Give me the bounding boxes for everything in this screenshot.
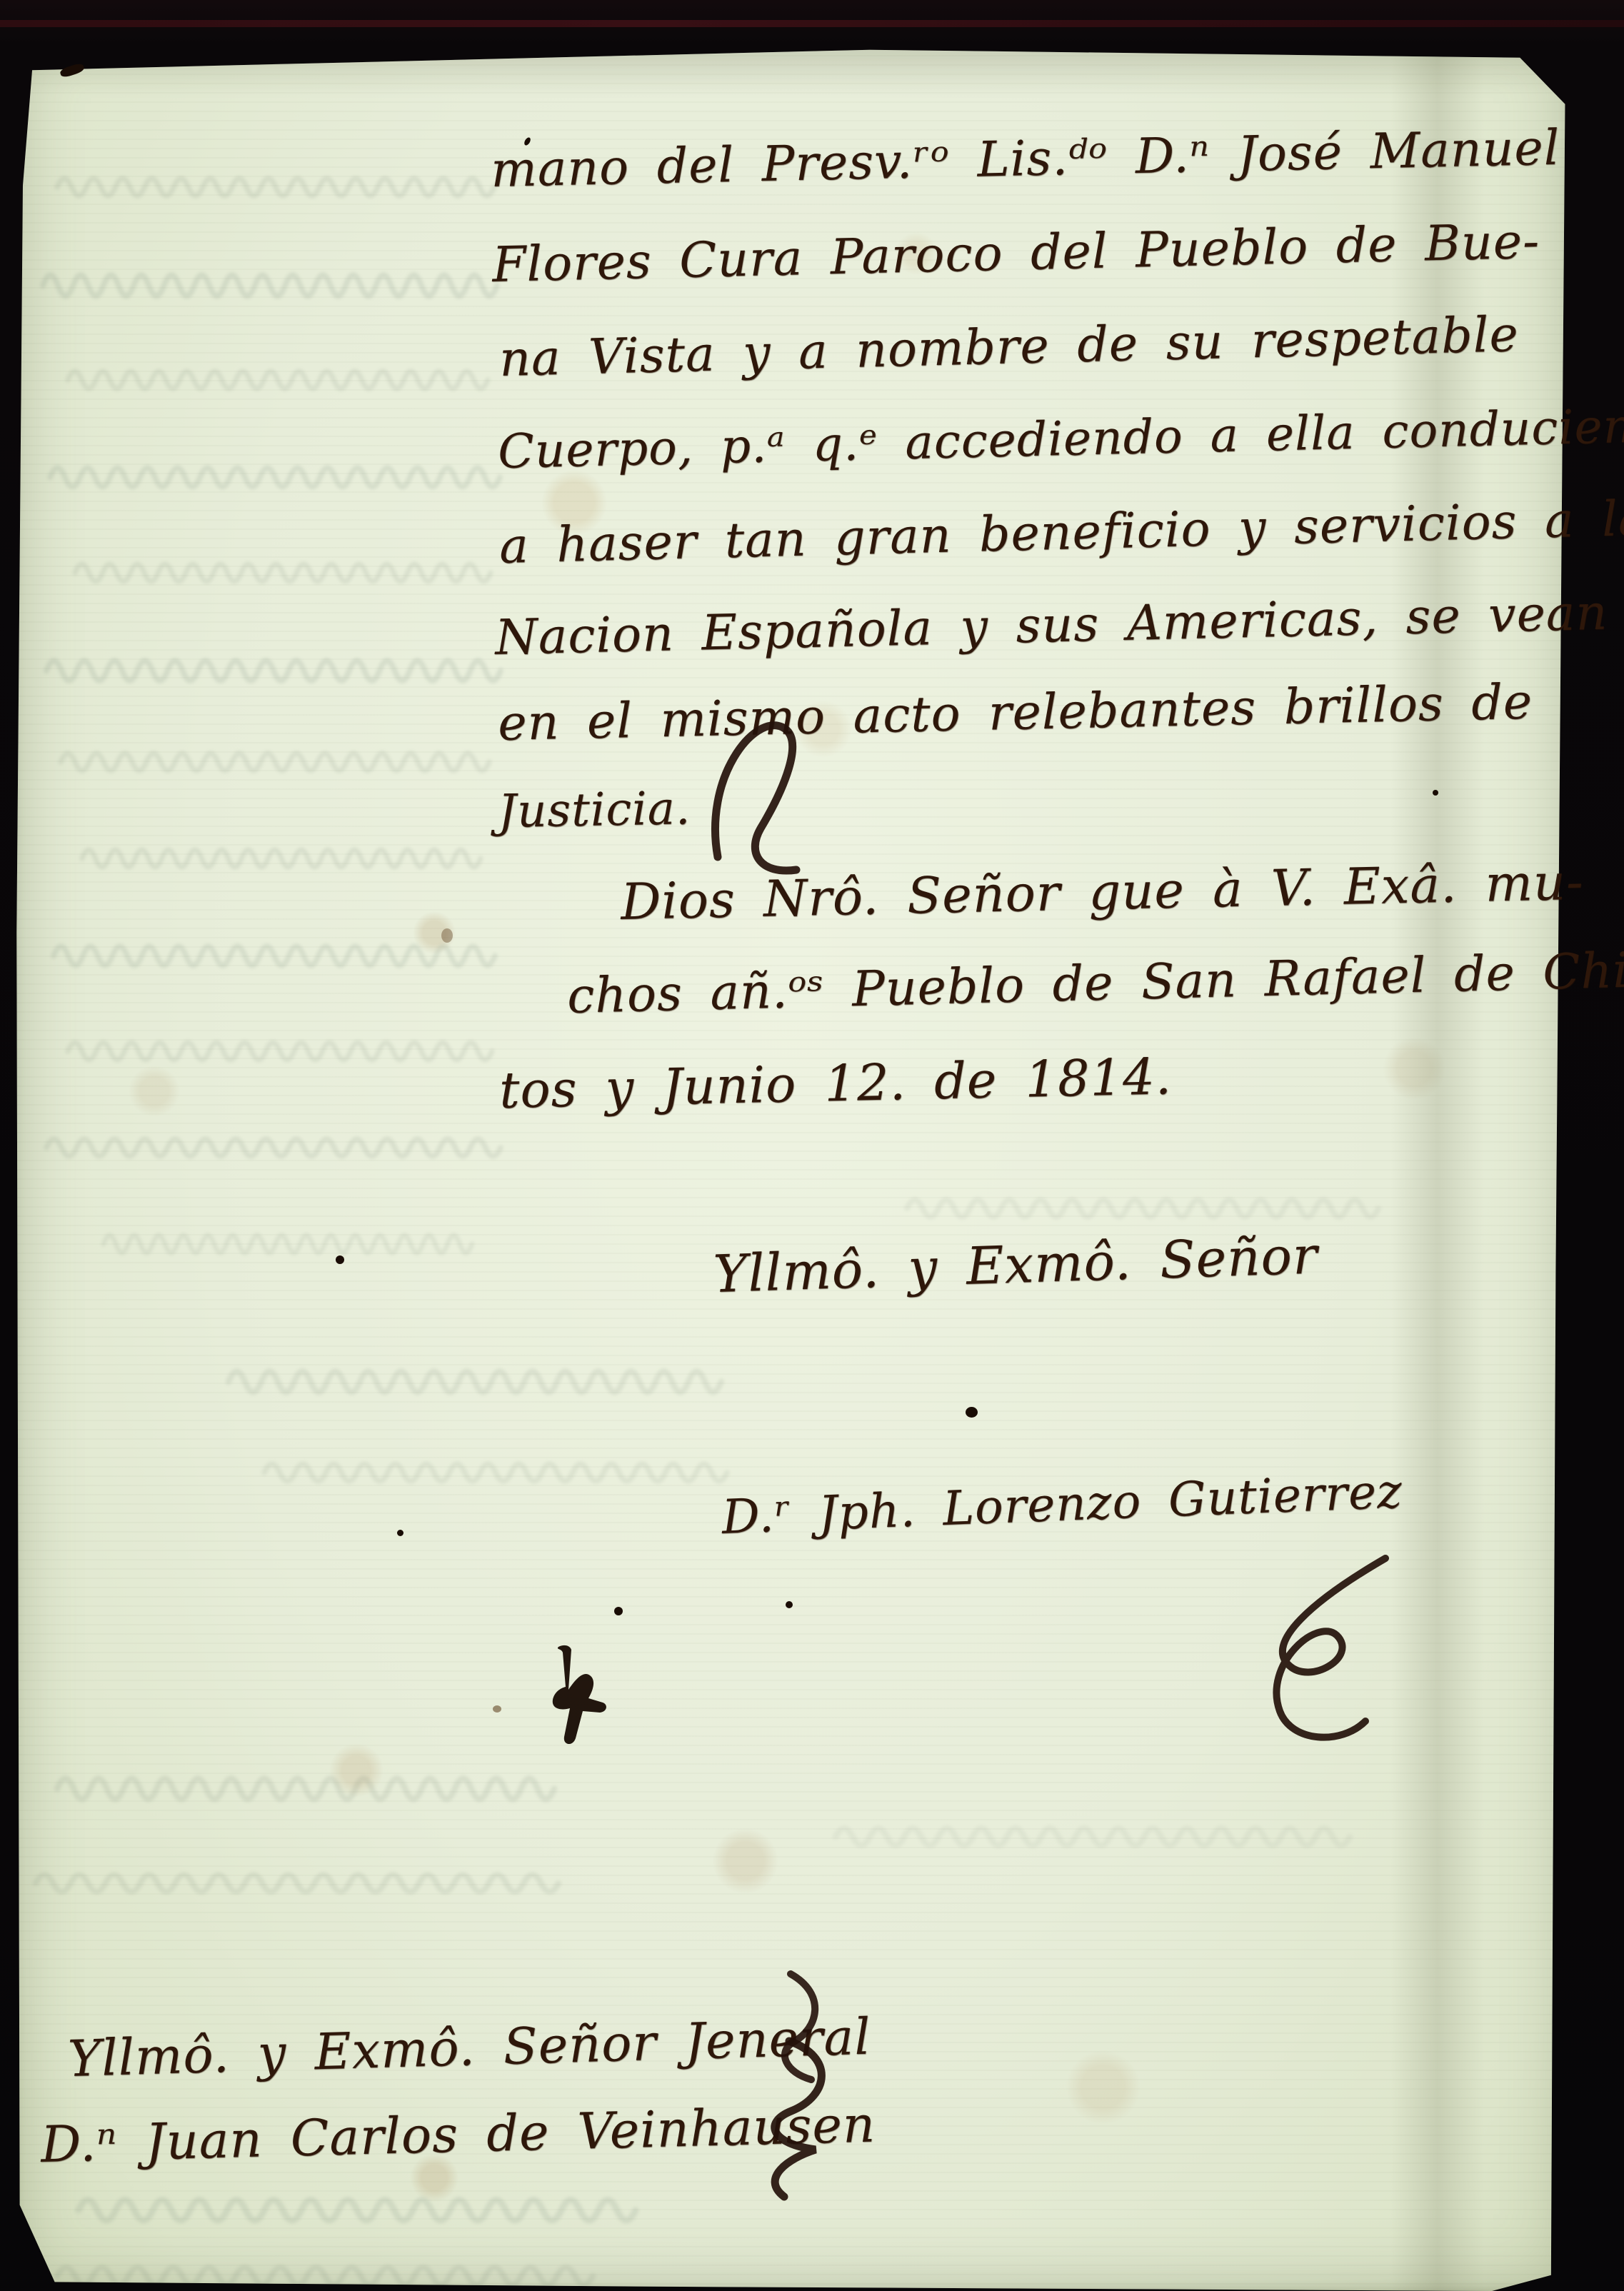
- ink-speck: [614, 1607, 623, 1615]
- signature-rubric: [1171, 1550, 1407, 1757]
- ink-speck: [1433, 790, 1438, 796]
- ink-speck: [966, 1407, 978, 1418]
- photo-background: mano del Presv.ʳᵒ Lis.ᵈᵒ D.ⁿ José Manuel…: [0, 0, 1624, 2291]
- ink-speck: [336, 1255, 344, 1264]
- letter-line: Justicia.: [498, 786, 691, 835]
- pen-flourish: [675, 714, 861, 893]
- ink-speck: [397, 1530, 404, 1536]
- bracket-flourish: [714, 2037, 857, 2201]
- paper-stain: [493, 1705, 501, 1713]
- ink-speck: [786, 1601, 793, 1608]
- paper-stain: [441, 928, 453, 943]
- letter-line: tos y Junio 12. de 1814.: [499, 1051, 1173, 1116]
- ink-blot: [534, 1643, 627, 1764]
- manuscript-photo-page: { "photo": { "background_color": "#07060…: [0, 0, 1624, 2291]
